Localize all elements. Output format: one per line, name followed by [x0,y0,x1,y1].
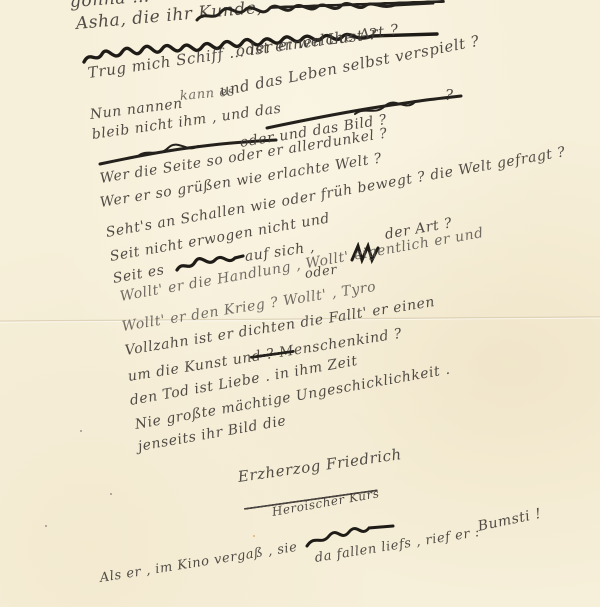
paper-speck [80,430,82,432]
signature-name: Erzherzog Friedrich [237,447,403,485]
manuscript-line: ? [445,88,454,103]
signature-subtitle: Heroischer Kurs [271,487,380,518]
paper-speck [110,493,112,495]
manuscript-page: gonna … Asha, die ihr Kunde, oder einen … [0,0,600,607]
paper-speck [253,535,255,537]
paper-speck [45,525,47,527]
footer-text: Als er , im Kino vergaß , sie [99,541,298,585]
crossed-out-scribble [195,0,435,24]
footer-exclamation: Bumsti ! [477,507,543,534]
